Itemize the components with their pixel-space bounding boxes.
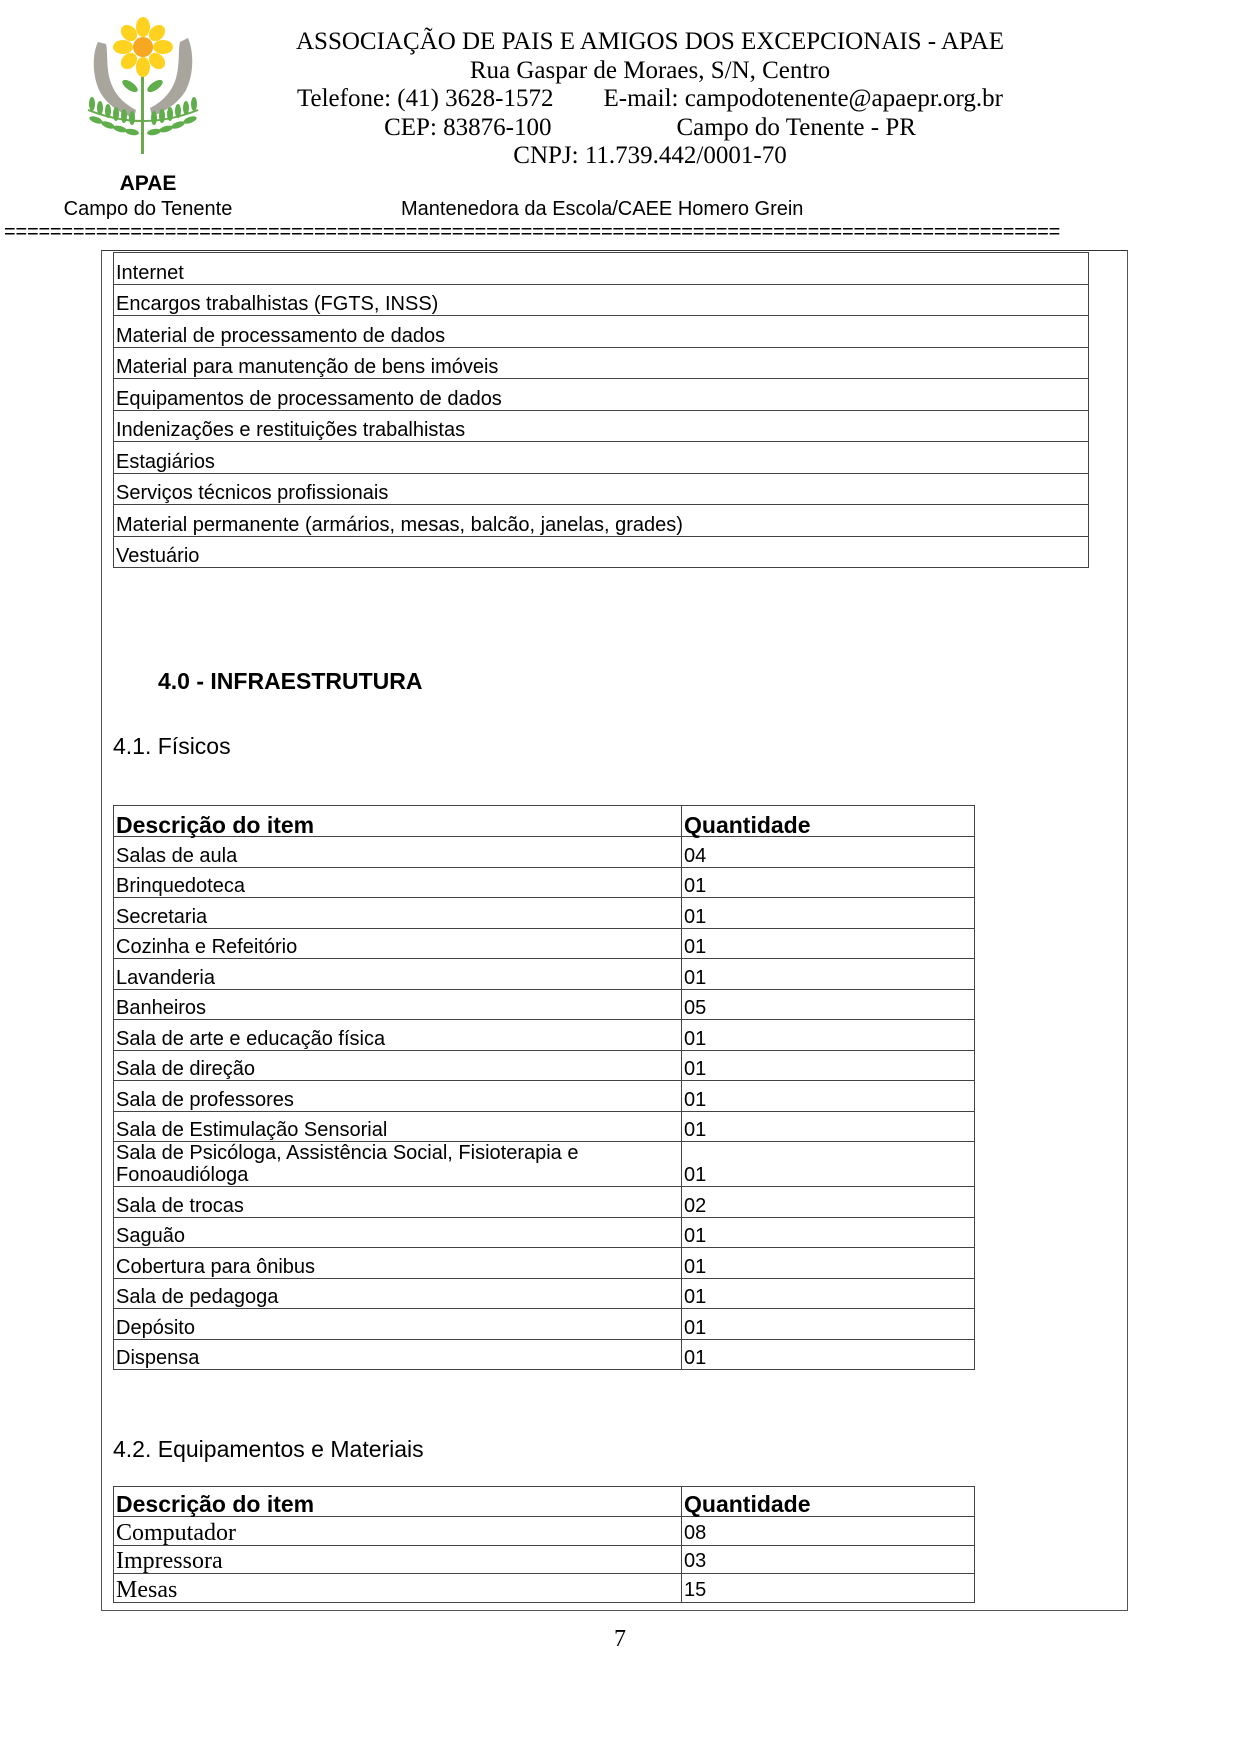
item-quantity: 01	[682, 928, 975, 959]
item-quantity: 02	[682, 1187, 975, 1218]
item-description: Sala de Estimulação Sensorial	[114, 1111, 682, 1142]
table-row: Sala de Psicóloga, Assistência Social, F…	[114, 1142, 975, 1187]
item-quantity: 01	[682, 1142, 975, 1187]
table-row: Material para manutenção de bens imóveis	[114, 347, 1089, 379]
table-row: Dispensa01	[114, 1339, 975, 1370]
table-row: Sala de professores01	[114, 1081, 975, 1112]
item-description: Cozinha e Refeitório	[114, 928, 682, 959]
expense-item: Indenizações e restituições trabalhistas	[114, 410, 1089, 442]
expense-item: Material permanente (armários, mesas, ba…	[114, 505, 1089, 537]
item-description: Sala de pedagoga	[114, 1278, 682, 1309]
table-row: Serviços técnicos profissionais	[114, 473, 1089, 505]
logo-label: APAE	[48, 172, 248, 196]
item-description: Brinquedoteca	[114, 867, 682, 898]
column-header-quantity: Quantidade	[682, 806, 975, 837]
item-description: Dispensa	[114, 1339, 682, 1370]
item-description: Salas de aula	[114, 837, 682, 868]
table-row: Internet	[114, 253, 1089, 285]
section-heading-infraestrutura: 4.0 - INFRAESTRUTURA	[158, 668, 423, 695]
item-quantity: 03	[682, 1545, 975, 1574]
table-row: Sala de direção01	[114, 1050, 975, 1081]
item-description: Sala de direção	[114, 1050, 682, 1081]
item-description: Secretaria	[114, 898, 682, 929]
org-name: ASSOCIAÇÃO DE PAIS E AMIGOS DOS EXCEPCIO…	[230, 28, 1070, 57]
item-description: Saguão	[114, 1217, 682, 1248]
item-description: Computador	[114, 1517, 682, 1546]
subsection-heading-fisicos: 4.1. Físicos	[113, 733, 231, 760]
table-row: Impressora03	[114, 1545, 975, 1574]
table-row: Saguão01	[114, 1217, 975, 1248]
item-quantity: 01	[682, 1111, 975, 1142]
item-description: Lavanderia	[114, 959, 682, 990]
item-description: Sala de Psicóloga, Assistência Social, F…	[114, 1142, 682, 1187]
table-row: Indenizações e restituições trabalhistas	[114, 410, 1089, 442]
expense-item: Serviços técnicos profissionais	[114, 473, 1089, 505]
table-row: Cobertura para ônibus01	[114, 1248, 975, 1279]
organization-header: ASSOCIAÇÃO DE PAIS E AMIGOS DOS EXCEPCIO…	[230, 28, 1070, 171]
table-row: Sala de trocas02	[114, 1187, 975, 1218]
item-quantity: 05	[682, 989, 975, 1020]
fisicos-table: Descrição do item Quantidade Salas de au…	[113, 805, 975, 1370]
item-quantity: 01	[682, 898, 975, 929]
expense-item: Encargos trabalhistas (FGTS, INSS)	[114, 284, 1089, 316]
table-row: Equipamentos de processamento de dados	[114, 379, 1089, 411]
table-row: Sala de arte e educação física01	[114, 1020, 975, 1051]
table-row: Brinquedoteca01	[114, 867, 975, 898]
item-quantity: 01	[682, 1248, 975, 1279]
table-header-row: Descrição do item Quantidade	[114, 806, 975, 837]
page-number: 7	[600, 1626, 640, 1653]
item-quantity: 01	[682, 867, 975, 898]
expense-item: Internet	[114, 253, 1089, 285]
item-quantity: 04	[682, 837, 975, 868]
expenses-table: InternetEncargos trabalhistas (FGTS, INS…	[113, 252, 1089, 568]
item-description: Mesas	[114, 1574, 682, 1603]
item-description: Depósito	[114, 1309, 682, 1340]
table-row: Sala de Estimulação Sensorial01	[114, 1111, 975, 1142]
table-row: Cozinha e Refeitório01	[114, 928, 975, 959]
column-header-description: Descrição do item	[114, 806, 682, 837]
header-separator: ========================================…	[4, 222, 1238, 242]
equipamentos-table: Descrição do item Quantidade Computador0…	[113, 1486, 975, 1603]
table-row: Mesas15	[114, 1574, 975, 1603]
table-row: Sala de pedagoga01	[114, 1278, 975, 1309]
item-quantity: 01	[682, 1081, 975, 1112]
expense-item: Material de processamento de dados	[114, 316, 1089, 348]
table-row: Vestuário	[114, 536, 1089, 568]
expense-item: Material para manutenção de bens imóveis	[114, 347, 1089, 379]
item-description: Banheiros	[114, 989, 682, 1020]
column-header-quantity: Quantidade	[682, 1487, 975, 1517]
item-description: Sala de arte e educação física	[114, 1020, 682, 1051]
item-quantity: 01	[682, 1217, 975, 1248]
item-quantity: 08	[682, 1517, 975, 1546]
org-cnpj: CNPJ: 11.739.442/0001-70	[230, 142, 1070, 171]
item-quantity: 01	[682, 1309, 975, 1340]
org-cep-city: CEP: 83876-100 Campo do Tenente - PR	[230, 114, 1070, 143]
item-description: Sala de trocas	[114, 1187, 682, 1218]
logo-city: Campo do Tenente	[48, 198, 248, 221]
subsection-heading-equipamentos: 4.2. Equipamentos e Materiais	[113, 1436, 424, 1463]
item-quantity: 01	[682, 1050, 975, 1081]
item-quantity: 01	[682, 1020, 975, 1051]
expense-item: Vestuário	[114, 536, 1089, 568]
item-quantity: 01	[682, 1339, 975, 1370]
table-row: Secretaria01	[114, 898, 975, 929]
table-row: Computador08	[114, 1517, 975, 1546]
expense-item: Estagiários	[114, 442, 1089, 474]
table-row: Depósito01	[114, 1309, 975, 1340]
table-header-row: Descrição do item Quantidade	[114, 1487, 975, 1517]
table-row: Lavanderia01	[114, 959, 975, 990]
org-contact: Telefone: (41) 3628-1572 E-mail: campodo…	[230, 85, 1070, 114]
org-address: Rua Gaspar de Moraes, S/N, Centro	[230, 57, 1070, 86]
table-row: Material de processamento de dados	[114, 316, 1089, 348]
maintainer-text: Mantenedora da Escola/CAEE Homero Grein	[401, 198, 803, 221]
item-quantity: 15	[682, 1574, 975, 1603]
table-row: Salas de aula04	[114, 837, 975, 868]
item-description: Sala de professores	[114, 1081, 682, 1112]
item-description: Impressora	[114, 1545, 682, 1574]
item-description: Cobertura para ônibus	[114, 1248, 682, 1279]
table-row: Banheiros05	[114, 989, 975, 1020]
apae-logo-icon	[78, 14, 208, 158]
item-quantity: 01	[682, 959, 975, 990]
expense-item: Equipamentos de processamento de dados	[114, 379, 1089, 411]
column-header-description: Descrição do item	[114, 1487, 682, 1517]
table-row: Encargos trabalhistas (FGTS, INSS)	[114, 284, 1089, 316]
table-row: Estagiários	[114, 442, 1089, 474]
item-quantity: 01	[682, 1278, 975, 1309]
table-row: Material permanente (armários, mesas, ba…	[114, 505, 1089, 537]
